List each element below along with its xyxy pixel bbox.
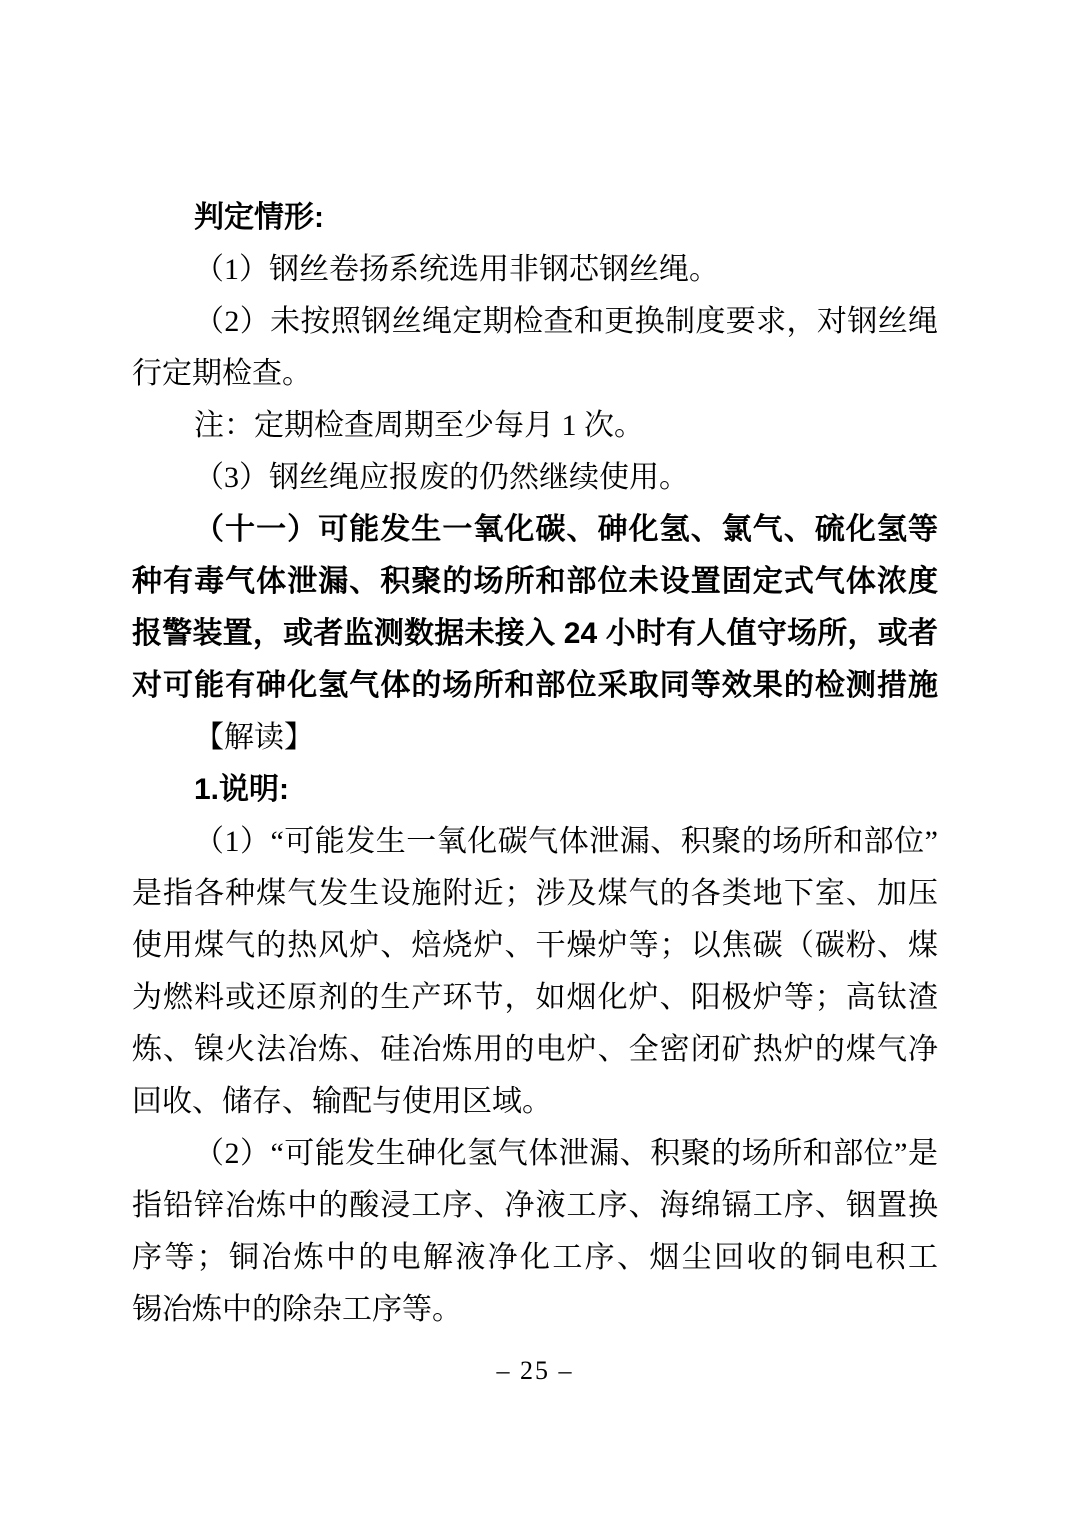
page-number: – 25 –	[132, 1354, 938, 1388]
text-line: 是指各种煤气发生设施附近；涉及煤气的各类地下室、加压站；	[132, 868, 938, 920]
text-line: 注：定期检查周期至少每月 1 次。	[132, 400, 938, 452]
text-line: 行定期检查。	[132, 348, 938, 400]
text-line: 回收、储存、输配与使用区域。	[132, 1076, 938, 1128]
text-line: 判定情形:	[132, 192, 938, 244]
document-page: 判定情形:（1）钢丝卷扬系统选用非钢芯钢丝绳。（2）未按照钢丝绳定期检查和更换制…	[0, 0, 1074, 1520]
text-line: 1.说明:	[132, 764, 938, 816]
text-line: （十一）可能发生一氧化碳、砷化氢、氯气、硫化氢等 4	[132, 504, 938, 556]
text-line: （1）“可能发生一氧化碳气体泄漏、积聚的场所和部位”	[132, 816, 938, 868]
text-line: 使用煤气的热风炉、焙烧炉、干燥炉等；以焦碳（碳粉、煤粉）	[132, 920, 938, 972]
text-line: 为燃料或还原剂的生产环节，如烟化炉、阳极炉等；高钛渣冶	[132, 972, 938, 1024]
text-line: （1）钢丝卷扬系统选用非钢芯钢丝绳。	[132, 244, 938, 296]
text-line: （3）钢丝绳应报废的仍然继续使用。	[132, 452, 938, 504]
text-line: 指铅锌冶炼中的酸浸工序、净液工序、海绵镉工序、铟置换工	[132, 1180, 938, 1232]
text-line: （2）“可能发生砷化氢气体泄漏、积聚的场所和部位”是	[132, 1128, 938, 1180]
text-line: 种有毒气体泄漏、积聚的场所和部位未设置固定式气体浓度监测	[132, 556, 938, 608]
document-body: 判定情形:（1）钢丝卷扬系统选用非钢芯钢丝绳。（2）未按照钢丝绳定期检查和更换制…	[132, 192, 938, 1388]
text-line: （2）未按照钢丝绳定期检查和更换制度要求，对钢丝绳进	[132, 296, 938, 348]
text-line: 对可能有砷化氢气体的场所和部位采取同等效果的检测措施的。	[132, 660, 938, 712]
text-line: 【解读】	[132, 712, 938, 764]
text-line: 炼、镍火法冶炼、硅冶炼用的电炉、全密闭矿热炉的煤气净化、	[132, 1024, 938, 1076]
text-line: 报警装置，或者监测数据未接入 24 小时有人值守场所，或者未	[132, 608, 938, 660]
text-line: 锡冶炼中的除杂工序等。	[132, 1284, 938, 1336]
text-line: 序等；铜冶炼中的电解液净化工序、烟尘回收的铜电积工序；	[132, 1232, 938, 1284]
